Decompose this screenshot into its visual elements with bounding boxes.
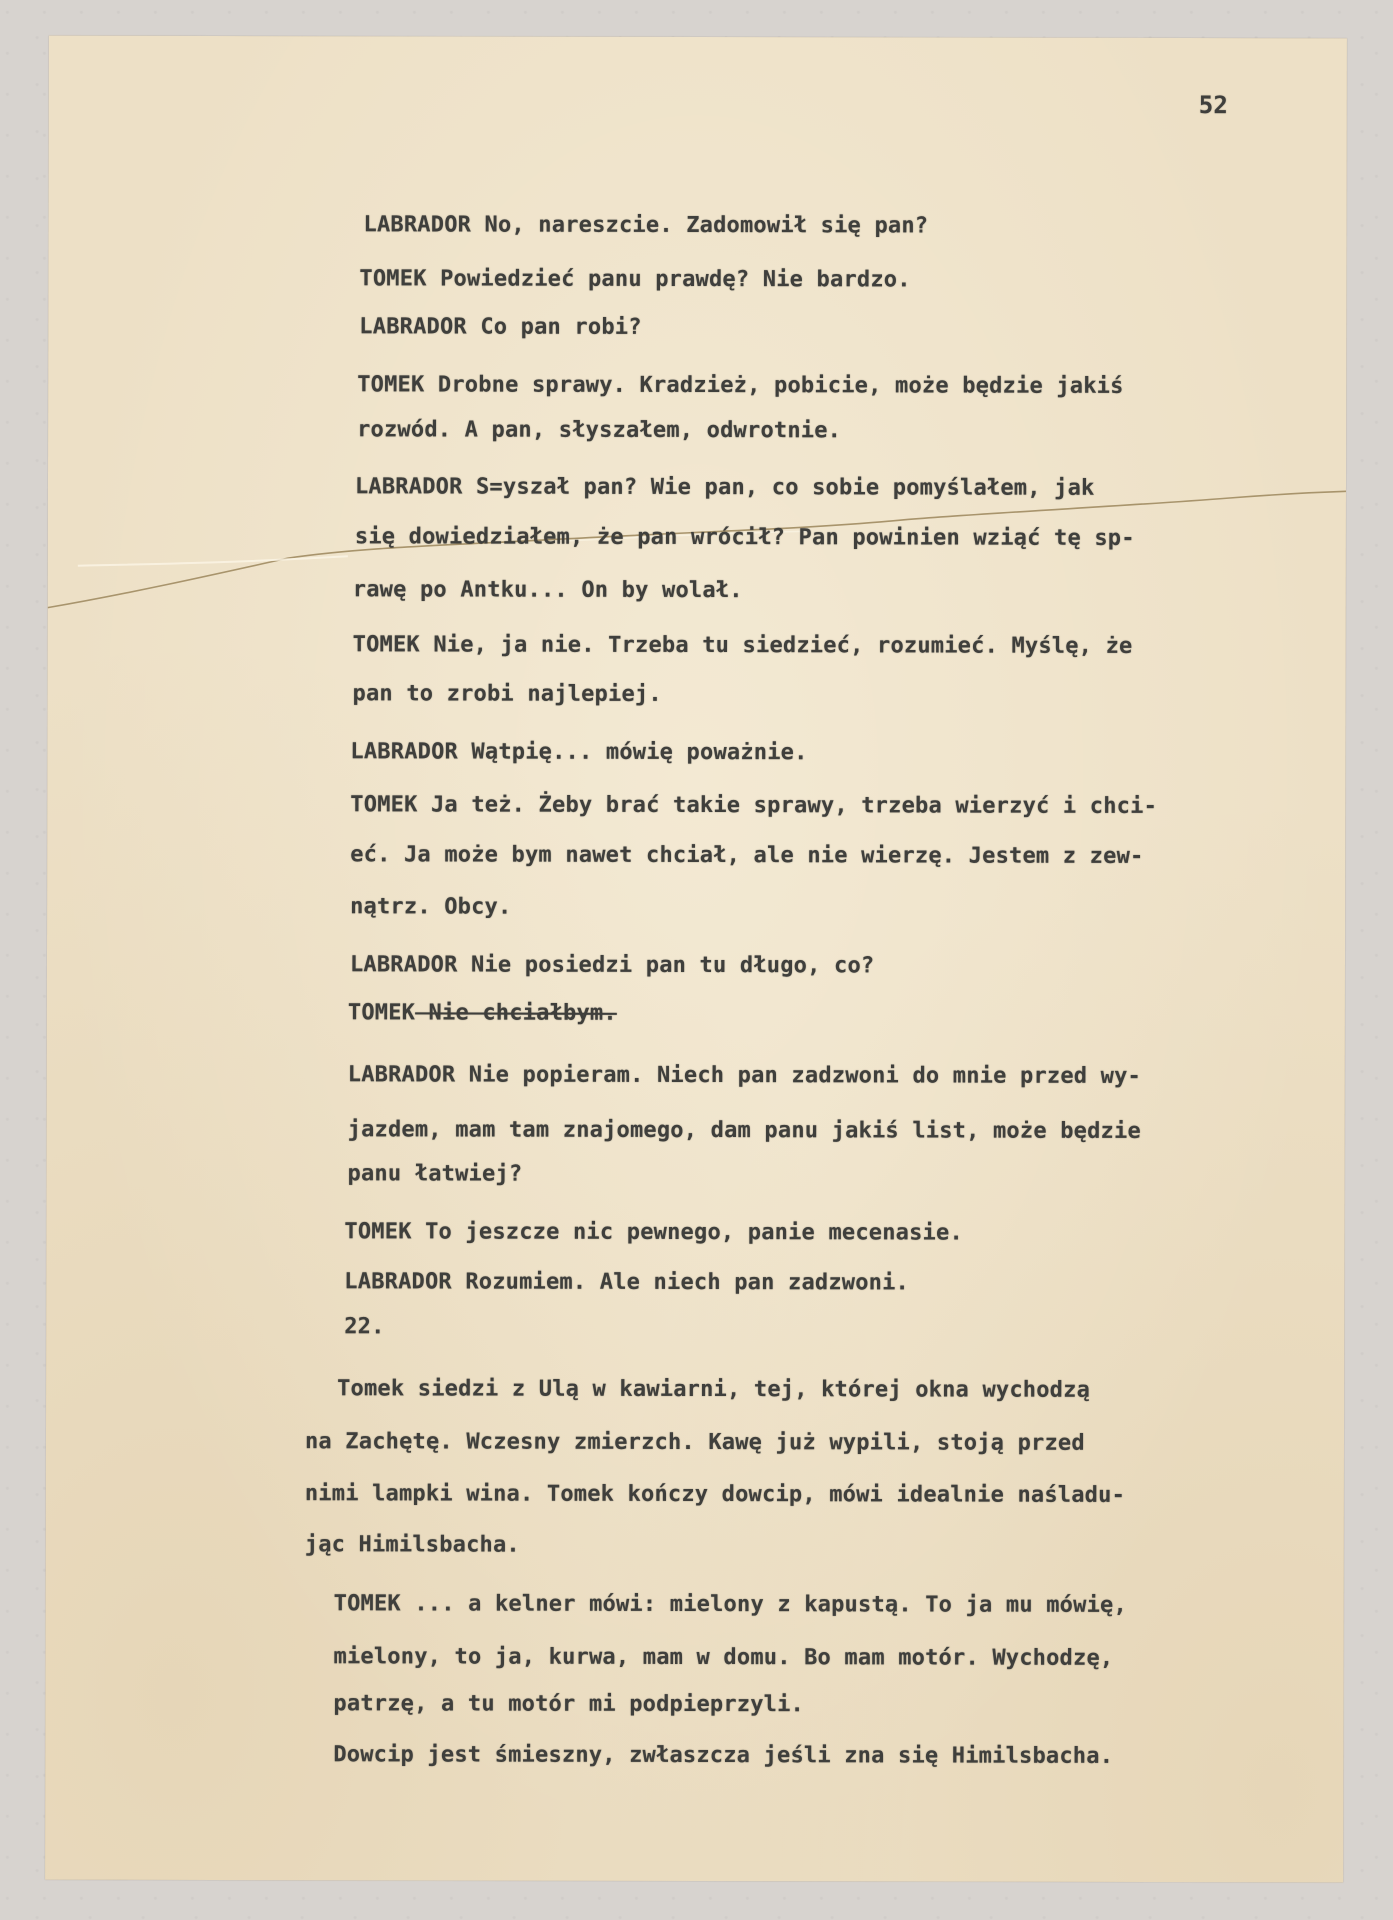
dialogue-line: się dowiedziałem, że pan wrócił? Pan pow…: [355, 524, 1135, 552]
scene-number-text: 22.: [344, 1314, 384, 1339]
line-text: mielony, to ja, kurwa, mam w domu. Bo ma…: [334, 1644, 1114, 1671]
typewritten-page: 52 LABRADOR No, nareszcie. Zadomowił się…: [45, 36, 1347, 1883]
line-text: patrzę, a tu motór mi podpieprzyli.: [333, 1691, 804, 1717]
struck-line-text: Nie chciałbym.: [415, 1000, 617, 1025]
dialogue-line: LABRADOR Nie posiedzi pan tu długo, co?: [350, 952, 874, 979]
line-text: pan to zrobi najlepiej.: [353, 681, 662, 707]
dialogue-line: LABRADOR S=yszał pan? Wie pan, co sobie …: [355, 474, 1095, 502]
dialogue-line: LABRADOR No, nareszcie. Zadomowił się pa…: [364, 212, 929, 239]
dialogue-line: eć. Ja może bym nawet chciał, ale nie wi…: [350, 842, 1143, 870]
line-text: rawę po Antku... On by wolał.: [353, 577, 743, 603]
dialogue-line: TOMEK Drobne sprawy. Kradzież, pobicie, …: [357, 372, 1123, 400]
dialogue-line: rozwód. A pan, słyszałem, odwrotnie.: [357, 417, 841, 444]
speaker-name: TOMEK: [359, 266, 426, 291]
speaker-name: LABRADOR: [359, 314, 467, 339]
line-text: jazdem, mam tam znajomego, dam panu jaki…: [348, 1117, 1141, 1144]
line-text: rozwód. A pan, słyszałem, odwrotnie.: [357, 417, 841, 443]
line-text: ... a kelner mówi: mielony z kapustą. To…: [401, 1591, 1127, 1618]
speaker-name: LABRADOR: [344, 1269, 452, 1294]
stage-direction-line: jąc Himilsbacha.: [305, 1532, 520, 1558]
dialogue-line-struck: TOMEK Nie chciałbym.: [348, 1000, 617, 1027]
dialogue-line: TOMEK To jeszcze nic pewnego, panie mece…: [344, 1219, 963, 1246]
speaker-name: TOMEK: [348, 1000, 415, 1025]
dialogue-line: TOMEK ... a kelner mówi: mielony z kapus…: [334, 1591, 1127, 1619]
line-text: jąc Himilsbacha.: [305, 1532, 520, 1557]
speaker-name: TOMEK: [344, 1219, 411, 1244]
speaker-name: LABRADOR: [350, 739, 458, 764]
dialogue-line: TOMEK Powiedzieć panu prawdę? Nie bardzo…: [359, 266, 910, 293]
line-text: Dowcip jest śmieszny, zwłaszcza jeśli zn…: [333, 1742, 1113, 1769]
dialogue-line: LABRADOR Nie popieram. Niech pan zadzwon…: [348, 1062, 1141, 1090]
stage-direction-line: na Zachętę. Wczesny zmierzch. Kawę już w…: [305, 1429, 1085, 1457]
line-text: Nie, ja nie. Trzeba tu siedzieć, rozumie…: [420, 632, 1133, 658]
line-text: nątrz. Obcy.: [350, 894, 511, 919]
line-text: Tomek siedzi z Ulą w kawiarni, tej, któr…: [337, 1376, 1090, 1403]
page-number: 52: [1199, 92, 1228, 118]
stage-direction-line: nimi lampki wina. Tomek kończy dowcip, m…: [305, 1481, 1125, 1509]
line-text: panu łatwiej?: [348, 1161, 523, 1186]
dialogue-line: nątrz. Obcy.: [350, 894, 511, 920]
speaker-name: TOMEK: [353, 632, 420, 657]
line-text: Co pan robi?: [467, 315, 642, 340]
dialogue-line: jazdem, mam tam znajomego, dam panu jaki…: [348, 1117, 1141, 1145]
speaker-name: LABRADOR: [348, 1062, 456, 1087]
dialogue-line: mielony, to ja, kurwa, mam w domu. Bo ma…: [334, 1644, 1114, 1672]
line-text: na Zachętę. Wczesny zmierzch. Kawę już w…: [305, 1429, 1085, 1456]
stage-direction-line: Dowcip jest śmieszny, zwłaszcza jeśli zn…: [333, 1742, 1113, 1770]
line-text: się dowiedziałem, że pan wrócił? Pan pow…: [355, 524, 1135, 551]
dialogue-line: TOMEK Nie, ja nie. Trzeba tu siedzieć, r…: [353, 632, 1133, 660]
dialogue-line: panu łatwiej?: [348, 1161, 523, 1187]
speaker-name: LABRADOR: [355, 474, 463, 499]
dialogue-line: pan to zrobi najlepiej.: [353, 681, 662, 708]
speaker-name: TOMEK: [334, 1591, 401, 1616]
line-text: Ja też. Żeby brać takie sprawy, trzeba w…: [418, 792, 1158, 819]
dialogue-line: LABRADOR Wątpię... mówię poważnie.: [350, 739, 807, 766]
dialogue-line: LABRADOR Rozumiem. Ale niech pan zadzwon…: [344, 1269, 909, 1296]
dialogue-line: rawę po Antku... On by wolał.: [353, 577, 743, 604]
speaker-name: LABRADOR: [364, 212, 472, 237]
line-text: Nie posiedzi pan tu długo, co?: [458, 953, 875, 979]
stage-direction-line: Tomek siedzi z Ulą w kawiarni, tej, któr…: [337, 1376, 1090, 1404]
line-text: Powiedzieć panu prawdę? Nie bardzo.: [427, 266, 911, 292]
line-text: nimi lampki wina. Tomek kończy dowcip, m…: [305, 1481, 1125, 1508]
dialogue-line: LABRADOR Co pan robi?: [359, 314, 641, 341]
line-text: Rozumiem. Ale niech pan zadzwoni.: [452, 1269, 909, 1295]
line-text: To jeszcze nic pewnego, panie mecenasie.: [412, 1219, 963, 1245]
scene-number: 22.: [344, 1314, 384, 1340]
dialogue-line: patrzę, a tu motór mi podpieprzyli.: [333, 1691, 804, 1718]
line-text: Nie popieram. Niech pan zadzwoni do mnie…: [455, 1062, 1141, 1088]
line-text: Wątpię... mówię poważnie.: [458, 740, 808, 766]
dialogue-line: TOMEK Ja też. Żeby brać takie sprawy, tr…: [350, 792, 1157, 820]
speaker-name: LABRADOR: [350, 952, 458, 977]
speaker-name: TOMEK: [350, 792, 417, 817]
speaker-name: TOMEK: [357, 372, 424, 397]
line-text: S=yszał pan? Wie pan, co sobie pomyślałe…: [463, 475, 1095, 501]
line-text: eć. Ja może bym nawet chciał, ale nie wi…: [350, 842, 1143, 869]
line-text: Drobne sprawy. Kradzież, pobicie, może b…: [424, 372, 1123, 398]
line-text: No, nareszcie. Zadomowił się pan?: [471, 213, 928, 239]
